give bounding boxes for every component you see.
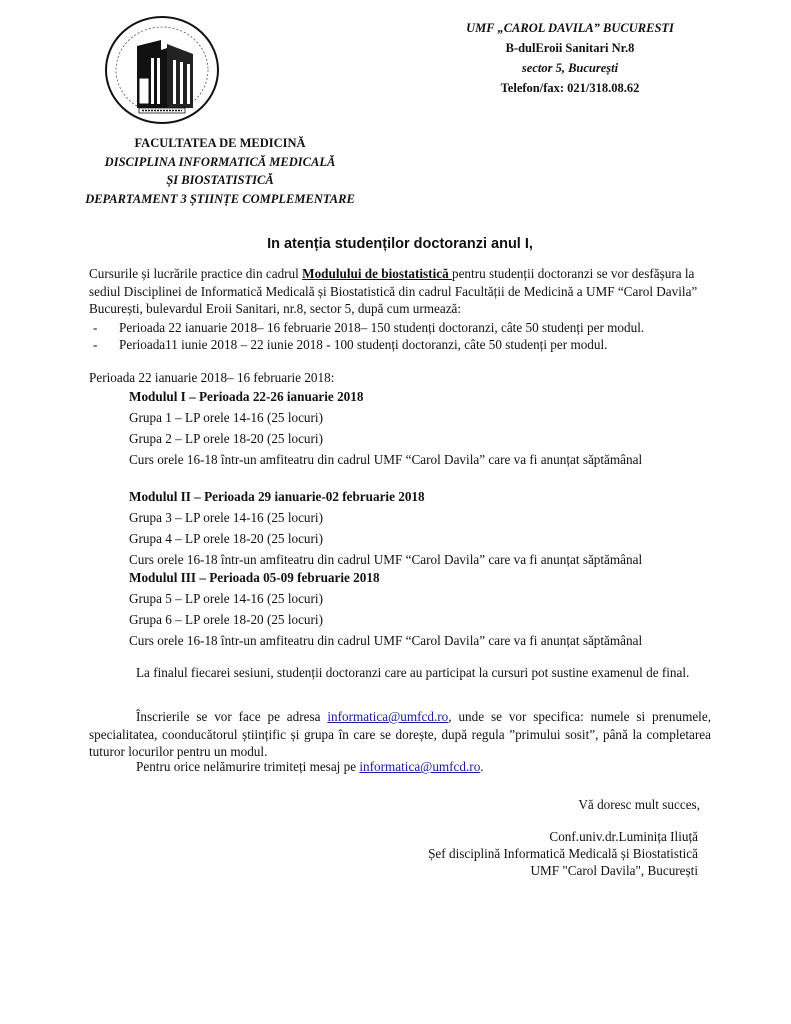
address-header: UMF „CAROL DAVILA” BUCURESTI B-dulEroii …: [440, 18, 700, 98]
module-title: Modulul III – Perioada 05-09 februarie 2…: [129, 570, 729, 591]
city-address: sector 5, București: [440, 58, 700, 78]
phone-fax: Telefon/fax: 021/318.08.62: [440, 78, 700, 98]
signatory-role: Șef disciplină Informatică Medicală și B…: [380, 845, 698, 862]
module-2: Modulul II – Perioada 29 ianuarie-02 feb…: [129, 489, 729, 573]
intro-paragraph: Cursurile și lucrările practice din cadr…: [89, 265, 711, 318]
contact-email-link[interactable]: informatica@umfcd.ro: [359, 759, 480, 774]
signatory-name: Conf.univ.dr.Luminița Iliuță: [380, 828, 698, 845]
seal-icon: [103, 14, 221, 126]
period-header: Perioada 22 ianuarie 2018– 16 februarie …: [89, 370, 334, 386]
module-line: Grupa 3 – LP orele 14-16 (25 locuri): [129, 510, 729, 531]
list-item-text: Perioada11 iunie 2018 – 22 iunie 2018 - …: [119, 337, 607, 354]
signature-block: Conf.univ.dr.Luminița Iliuță Șef discipl…: [380, 828, 698, 879]
module-1: Modulul I – Perioada 22-26 ianuarie 2018…: [129, 389, 729, 473]
discipline-name: DISCIPLINA INFORMATICĂ MEDICALĂ: [40, 153, 400, 172]
registration-paragraph: Înscrierile se vor face pe adresa inform…: [89, 708, 711, 761]
module-line: Curs orele 16-18 într-un amfiteatru din …: [129, 452, 729, 473]
list-item-text: Perioada 22 ianuarie 2018– 16 februarie …: [119, 320, 644, 337]
street-address: B-dulEroii Sanitari Nr.8: [440, 38, 700, 58]
module-title: Modulul II – Perioada 29 ianuarie-02 feb…: [129, 489, 729, 510]
module-line: Grupa 4 – LP orele 18-20 (25 locuri): [129, 531, 729, 552]
period-list: - Perioada 22 ianuarie 2018– 16 februari…: [89, 320, 719, 353]
intro-text-before: Cursurile și lucrările practice din cadr…: [89, 266, 302, 281]
faculty-name: FACULTATEA DE MEDICINĂ: [40, 134, 400, 153]
list-item: - Perioada 22 ianuarie 2018– 16 februari…: [89, 320, 719, 337]
module-line: Curs orele 16-18 într-un amfiteatru din …: [129, 633, 729, 654]
registration-text-before: Înscrierile se vor face pe adresa: [136, 709, 327, 724]
contact-text-before: Pentru orice nelămurire trimiteți mesaj …: [136, 759, 359, 774]
registration-email-link[interactable]: informatica@umfcd.ro: [327, 709, 448, 724]
module-line: Grupa 1 – LP orele 14-16 (25 locuri): [129, 410, 729, 431]
bullet-dash: -: [89, 320, 119, 337]
signatory-institution: UMF "Carol Davila", București: [380, 862, 698, 879]
module-line: Grupa 2 – LP orele 18-20 (25 locuri): [129, 431, 729, 452]
list-item: - Perioada11 iunie 2018 – 22 iunie 2018 …: [89, 337, 719, 354]
bullet-dash: -: [89, 337, 119, 354]
discipline-name-cont: ȘI BIOSTATISTICĂ: [40, 171, 400, 190]
intro-highlight: Modulului de biostatistică: [302, 266, 452, 281]
module-title: Modulul I – Perioada 22-26 ianuarie 2018: [129, 389, 729, 410]
final-exam-note: La finalul fiecarei sesiuni, studenții d…: [89, 664, 711, 682]
document-title: In atenția studenților doctoranzi anul I…: [80, 236, 720, 252]
department-name: DEPARTAMENT 3 ȘTIINȚE COMPLEMENTARE: [40, 190, 400, 209]
university-seal-logo: [103, 14, 221, 126]
contact-paragraph: Pentru orice nelămurire trimiteți mesaj …: [89, 758, 711, 776]
faculty-header: FACULTATEA DE MEDICINĂ DISCIPLINA INFORM…: [40, 134, 400, 208]
module-line: Grupa 5 – LP orele 14-16 (25 locuri): [129, 591, 729, 612]
module-3: Modulul III – Perioada 05-09 februarie 2…: [129, 570, 729, 654]
module-line: Grupa 6 – LP orele 18-20 (25 locuri): [129, 612, 729, 633]
university-name: UMF „CAROL DAVILA” BUCURESTI: [440, 18, 700, 38]
closing-greeting: Vă doresc mult succes,: [380, 797, 700, 813]
contact-text-after: .: [480, 759, 483, 774]
